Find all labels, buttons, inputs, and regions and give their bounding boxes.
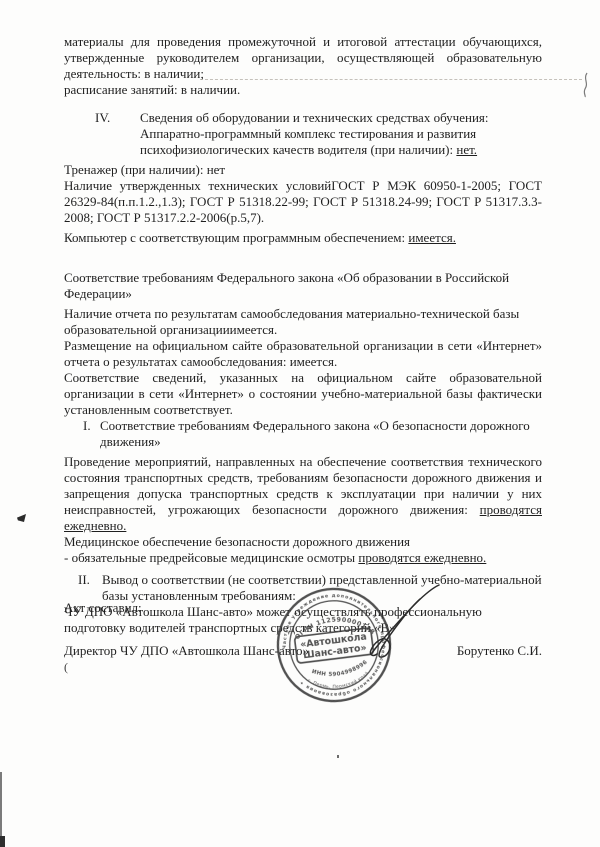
paragraph-gost: Наличие утвержденных технических условий… (64, 178, 542, 226)
scan-artifact-dot (337, 755, 339, 758)
paragraph-materials: материалы для проведения промежуточной и… (64, 34, 542, 82)
list-item-i-body: Соответствие требованиям Федерального за… (100, 418, 542, 450)
scan-artifact-squiggle (580, 71, 592, 99)
medical-exam-value: проводятся ежедневно. (358, 550, 486, 565)
heading-education-law: Соответствие требованиям Федерального за… (64, 270, 542, 302)
line-trainer: Тренажер (при наличии): нет (64, 162, 542, 178)
item-iv-text: Сведения об оборудовании и технических с… (140, 110, 489, 157)
line-medical-exam: - обязательные предрейсовые медицинские … (64, 550, 542, 566)
computer-text: Компьютер с соответствующим программным … (64, 230, 408, 245)
scan-artifact-corner-mark (0, 836, 5, 847)
line-self-survey: Наличие отчета по результатам самообслед… (64, 306, 542, 338)
scan-artifact-dashed-line (200, 79, 582, 80)
scanned-act-page: материалы для проведения промежуточной и… (0, 0, 600, 847)
line-medical-heading: Медицинское обеспечение безопасности дор… (64, 534, 542, 550)
list-number-i: I. (64, 418, 100, 450)
act-prepared-label: Акт составил: (64, 600, 142, 616)
medical-exam-text: - обязательные предрейсовые медицинские … (64, 550, 358, 565)
signer-name: Борутенко С.И. (457, 643, 542, 659)
line-site-publish: Размещение на официальном сайте образова… (64, 338, 542, 370)
list-item-iv-equipment: IV. Сведения об оборудовании и техническ… (64, 110, 542, 158)
list-number-iv: IV. (64, 110, 140, 158)
handwritten-signature (346, 579, 446, 675)
item-iv-value: нет. (456, 142, 477, 157)
director-label: Директор ЧУ ДПО «Автошкола Шанс-авто» (64, 643, 309, 659)
stray-paren-mark: ( (64, 660, 68, 675)
list-item-iv-body: Сведения об оборудовании и технических с… (140, 110, 542, 158)
paragraph-schedule: расписание занятий: в наличии. (64, 82, 542, 98)
computer-value: имеется. (408, 230, 456, 245)
line-computer: Компьютер с соответствующим программным … (64, 230, 542, 246)
paragraph-site-match: Соответствие сведений, указанных на офиц… (64, 370, 542, 418)
list-item-i-road-safety-law: I. Соответствие требованиям Федерального… (64, 418, 542, 450)
paragraph-road-safety: Проведение мероприятий, направленных на … (64, 454, 542, 534)
road-safety-text: Проведение мероприятий, направленных на … (64, 454, 542, 517)
